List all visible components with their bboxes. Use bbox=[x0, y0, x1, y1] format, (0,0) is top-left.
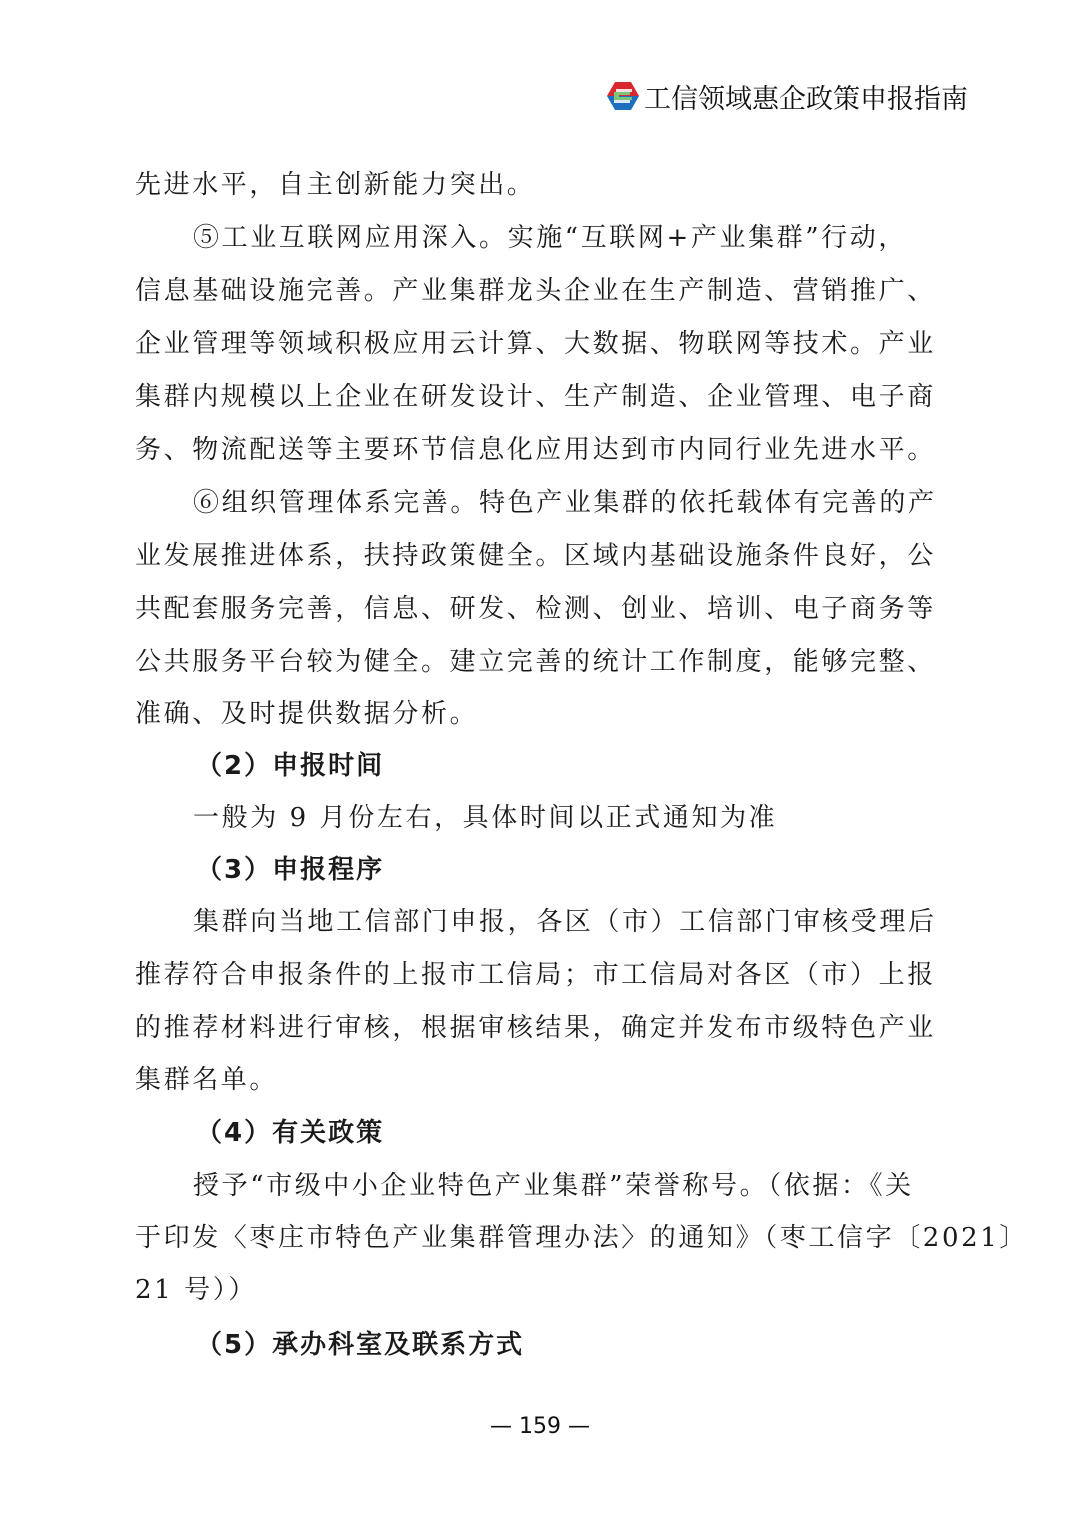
paragraph-line: 信息基础设施完善。产业集群龙头企业在生产制造、营销推广、 bbox=[135, 271, 936, 311]
paragraph-line: ⑤工业互联网应用深入。实施“互联网+产业集群”行动， bbox=[193, 218, 907, 258]
section-heading: （4）有关政策 bbox=[196, 1113, 384, 1153]
section-heading: （5）承办科室及联系方式 bbox=[196, 1325, 524, 1365]
paragraph-line: ⑥组织管理体系完善。特色产业集群的依托载体有完善的产 bbox=[193, 483, 937, 523]
paragraph-line: 公共服务平台较为健全。建立完善的统计工作制度，能够完整、 bbox=[135, 642, 936, 682]
paragraph-line: 务、物流配送等主要环节信息化应用达到市内同行业先进水平。 bbox=[135, 430, 936, 470]
paragraph-line: 先进水平，自主创新能力突出。 bbox=[135, 165, 535, 205]
paragraph-line: 的推荐材料进行审核，根据审核结果，确定并发布市级特色产业 bbox=[135, 1008, 936, 1048]
paragraph-line: 授予“市级中小企业特色产业集群”荣誉称号。（依据：《关 bbox=[193, 1166, 914, 1206]
paragraph-line: 准确、及时提供数据分析。 bbox=[135, 694, 478, 734]
paragraph-line: 企业管理等领域积极应用云计算、大数据、物联网等技术。产业 bbox=[135, 324, 936, 364]
paragraph-line: 一般为 9 月份左右，具体时间以正式通知为准 bbox=[193, 798, 777, 838]
paragraph-line: 业发展推进体系，扶持政策健全。区域内基础设施条件良好，公 bbox=[135, 536, 936, 576]
page-header: 工信领域惠企政策申报指南 bbox=[606, 78, 968, 114]
paragraph-line: 集群名单。 bbox=[135, 1060, 278, 1100]
paragraph-line: 推荐符合申报条件的上报市工信局；市工信局对各区（市）上报 bbox=[135, 955, 936, 995]
header-title: 工信领域惠企政策申报指南 bbox=[644, 77, 968, 116]
paragraph-line: 共配套服务完善，信息、研发、检测、创业、培训、电子商务等 bbox=[135, 589, 936, 629]
paragraph-line: 集群内规模以上企业在研发设计、生产制造、企业管理、电子商 bbox=[135, 377, 936, 417]
page-number: — 159 — bbox=[0, 1414, 1080, 1439]
paragraph-line: 于印发〈枣庄市特色产业集群管理办法〉的通知》（枣工信字〔2021〕 bbox=[135, 1218, 1028, 1258]
section-heading: （3）申报程序 bbox=[196, 850, 384, 890]
hexagon-logo-icon bbox=[606, 81, 640, 111]
paragraph-line: 集群向当地工信部门申报，各区（市）工信部门审核受理后 bbox=[193, 902, 937, 942]
paragraph-line: 21 号）） bbox=[135, 1270, 257, 1310]
section-heading: （2）申报时间 bbox=[196, 746, 384, 786]
